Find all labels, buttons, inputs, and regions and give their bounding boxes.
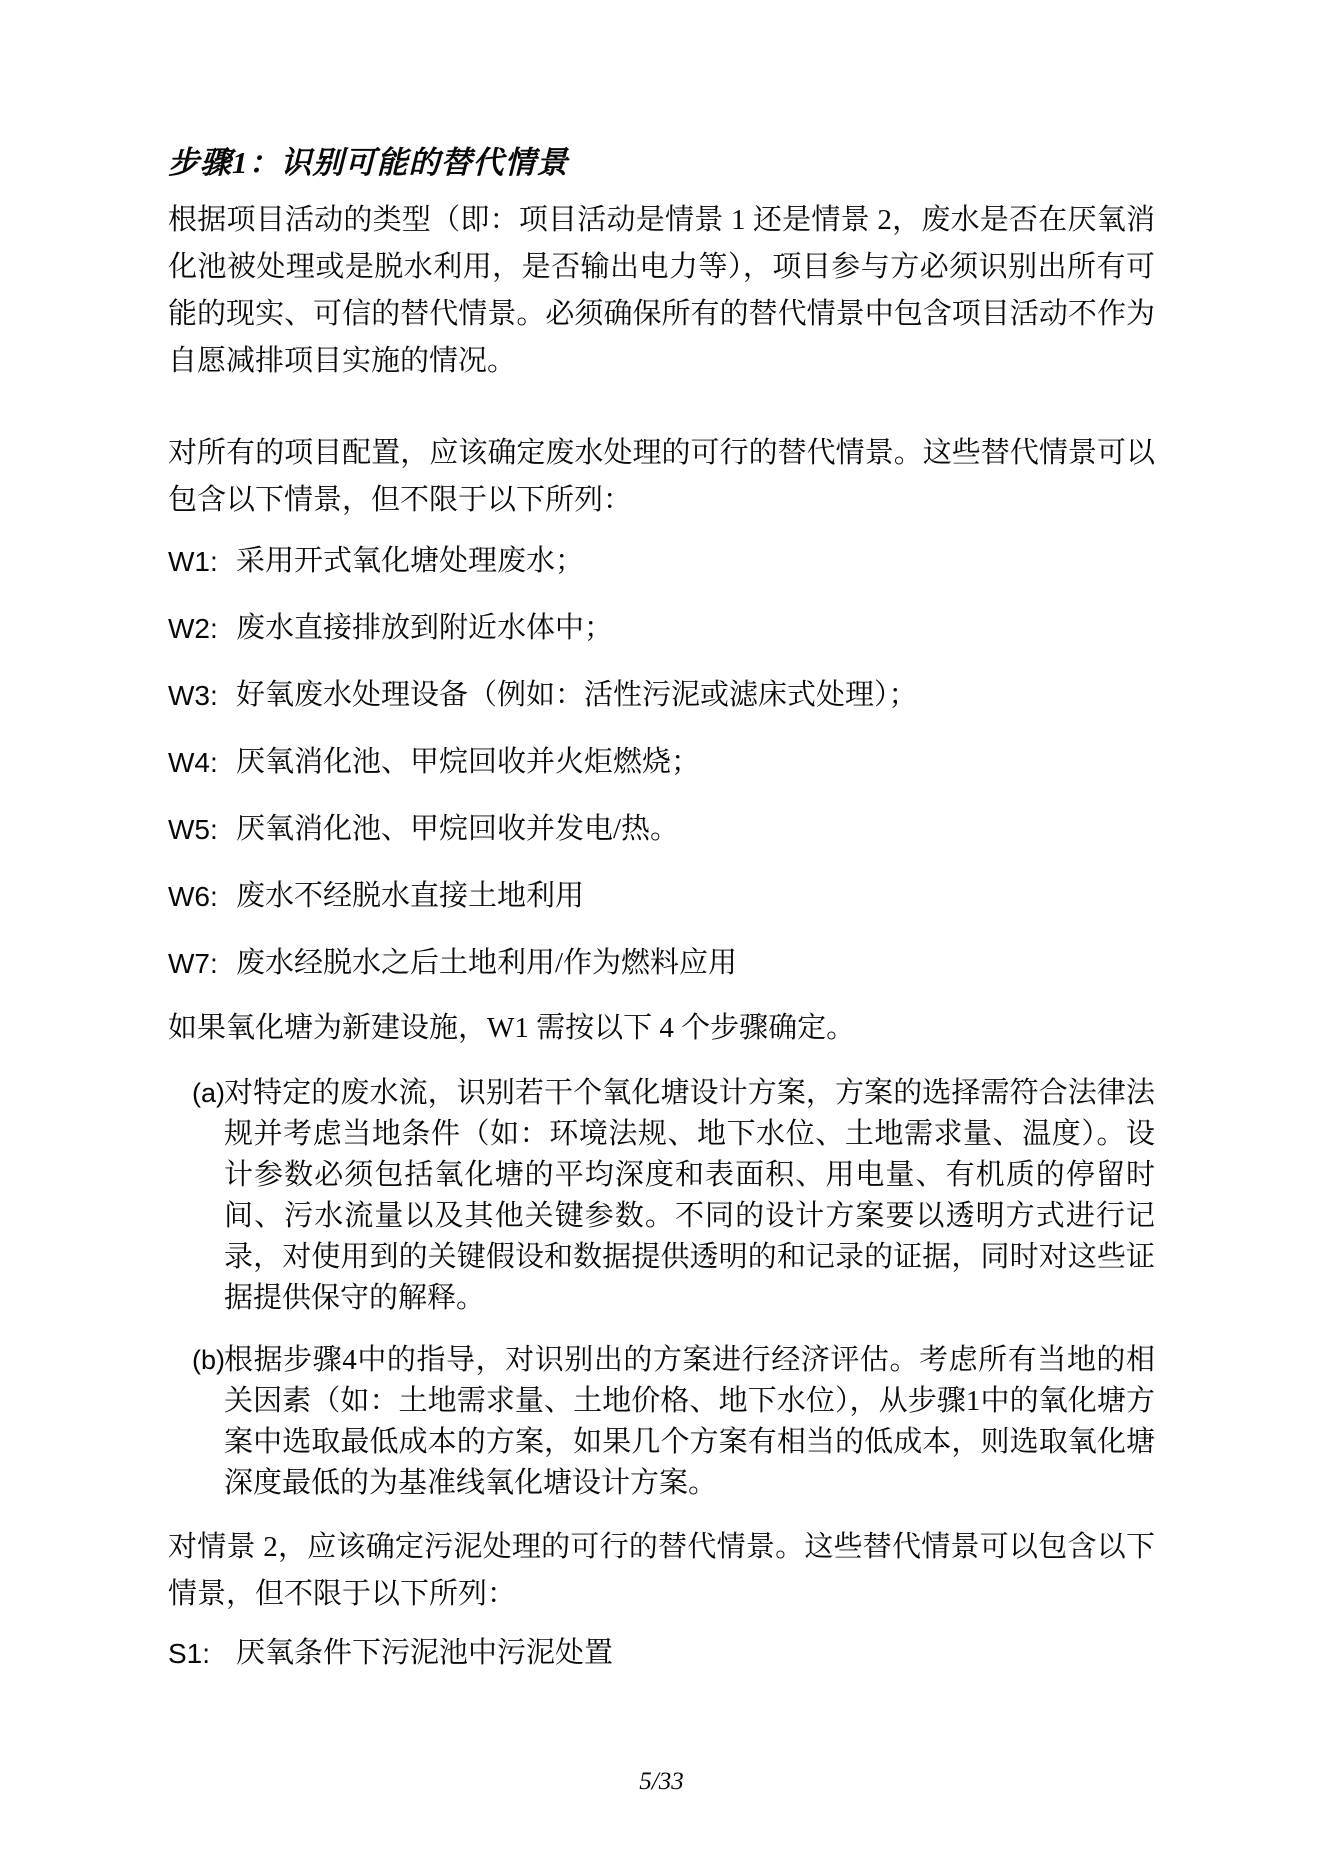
sub-item-text: 对特定的废水流，识别若干个氧化塘设计方案，方案的选择需符合法律法规并考虑当地条件…: [224, 1073, 1155, 1319]
list-item-label: S1:: [168, 1630, 236, 1677]
section-heading: 步骤1：识别可能的替代情景: [168, 145, 1155, 181]
paragraph-w1-note: 如果氧化塘为新建设施，W1 需按以下 4 个步骤确定。: [168, 1005, 1155, 1052]
list-item-label: W3:: [168, 672, 236, 719]
sub-item-marker: (b): [192, 1340, 224, 1504]
sub-item-b: (b) 根据步骤4中的指导，对识别出的方案进行经济评估。考虑所有当地的相关因素（…: [192, 1340, 1155, 1504]
paragraph-config: 对所有的项目配置，应该确定废水处理的可行的替代情景。这些替代情景可以包含以下情景…: [168, 430, 1155, 524]
list-item-text: 厌氧消化池、甲烷回收并火炬燃烧；: [236, 739, 1155, 786]
document-page: 步骤1：识别可能的替代情景 根据项目活动的类型（即：项目活动是情景 1 还是情景…: [0, 0, 1323, 1871]
sub-item-a: (a) 对特定的废水流，识别若干个氧化塘设计方案，方案的选择需符合法律法规并考虑…: [192, 1073, 1155, 1319]
paragraph-intro: 根据项目活动的类型（即：项目活动是情景 1 还是情景 2，废水是否在厌氧消化池被…: [168, 197, 1155, 385]
list-item-label: W1:: [168, 538, 236, 585]
list-item-text: 废水直接排放到附近水体中；: [236, 605, 1155, 652]
paragraph-scenario2: 对情景 2，应该确定污泥处理的可行的替代情景。这些替代情景可以包含以下情景，但不…: [168, 1524, 1155, 1618]
list-item-text: 好氧废水处理设备（例如：活性污泥或滤床式处理）；: [236, 672, 1155, 719]
list-item-label: W7:: [168, 940, 236, 987]
page-content: 步骤1：识别可能的替代情景 根据项目活动的类型（即：项目活动是情景 1 还是情景…: [0, 0, 1323, 1677]
list-item-label: W6:: [168, 873, 236, 920]
list-item-w1: W1: 采用开式氧化塘处理废水；: [168, 538, 1155, 585]
list-item-w5: W5: 厌氧消化池、甲烷回收并发电/热。: [168, 806, 1155, 853]
list-item-text: 厌氧消化池、甲烷回收并发电/热。: [236, 806, 1155, 853]
list-item-text: 厌氧条件下污泥池中污泥处置: [236, 1630, 1155, 1677]
list-item-label: W4:: [168, 739, 236, 786]
list-item-text: 废水不经脱水直接土地利用: [236, 873, 1155, 920]
list-item-w4: W4: 厌氧消化池、甲烷回收并火炬燃烧；: [168, 739, 1155, 786]
list-item-text: 废水经脱水之后土地利用/作为燃料应用: [236, 940, 1155, 987]
list-item-w7: W7: 废水经脱水之后土地利用/作为燃料应用: [168, 940, 1155, 987]
list-item-w3: W3: 好氧废水处理设备（例如：活性污泥或滤床式处理）；: [168, 672, 1155, 719]
list-item-label: W5:: [168, 806, 236, 853]
sub-item-text: 根据步骤4中的指导，对识别出的方案进行经济评估。考虑所有当地的相关因素（如：土地…: [224, 1340, 1155, 1504]
page-number: 5/33: [0, 1768, 1323, 1796]
sub-item-marker: (a): [192, 1073, 224, 1319]
list-item-w2: W2: 废水直接排放到附近水体中；: [168, 605, 1155, 652]
list-item-label: W2:: [168, 605, 236, 652]
list-item-s1: S1: 厌氧条件下污泥池中污泥处置: [168, 1630, 1155, 1677]
list-item-text: 采用开式氧化塘处理废水；: [236, 538, 1155, 585]
list-item-w6: W6: 废水不经脱水直接土地利用: [168, 873, 1155, 920]
